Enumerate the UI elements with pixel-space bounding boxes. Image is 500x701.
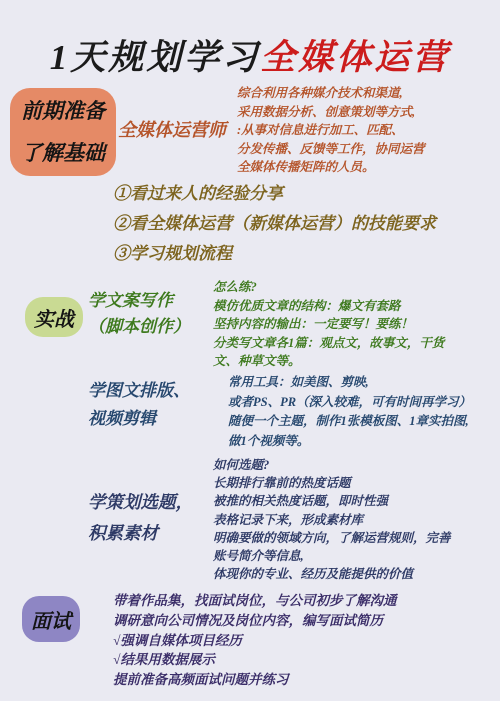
poster-title: 1天规划学习全媒体运营 [0, 30, 500, 80]
copywriting-label: 学文案写作 （脚本创作） [88, 288, 190, 340]
prep-steps-list: ①看过来人的经验分享 ②看全媒体运营（新媒体运营）的技能要求 ③学习规划流程 [113, 179, 500, 269]
poster-title-black: 1天规划学习 [50, 38, 261, 77]
poster-title-red: 全媒体运营 [260, 38, 450, 77]
topic-planning-tips: 如何选题? 长期排行靠前的热度话题 被推的相关热度话题，即时性强 表格记录下来，… [213, 456, 500, 583]
practice-section-badge: 实战 [25, 297, 83, 337]
role-description: 综合利用各种媒介技术和渠道, 采用数据分析、创意策划等方式, :从事对信息进行加… [237, 84, 497, 177]
study-plan-poster: 1天规划学习全媒体运营 前期准备 了解基础 全媒体运营师 综合利用各种媒介技术和… [0, 0, 500, 701]
interview-tips: 带着作品集，找面试岗位，与公司初步了解沟通 调研意向公司情况及岗位内容，编写面试… [113, 591, 498, 690]
role-label: 全媒体运营师 [118, 116, 226, 142]
layout-editing-label: 学图文排版、 视频剪辑 [88, 377, 190, 433]
copywriting-tips: 怎么练? 模仿优质文章的结构：爆文有套路 坚持内容的输出：一定要写！要练！ 分类… [213, 278, 500, 371]
layout-editing-tips: 常用工具：如美图、剪映, 或者PS、PR（深入较难，可有时间再学习） 随便一个主… [228, 373, 500, 451]
prep-section-badge: 前期准备 了解基础 [10, 88, 116, 176]
topic-planning-label: 学策划选题， 积累素材 [88, 487, 193, 549]
interview-section-badge: 面试 [22, 596, 80, 642]
